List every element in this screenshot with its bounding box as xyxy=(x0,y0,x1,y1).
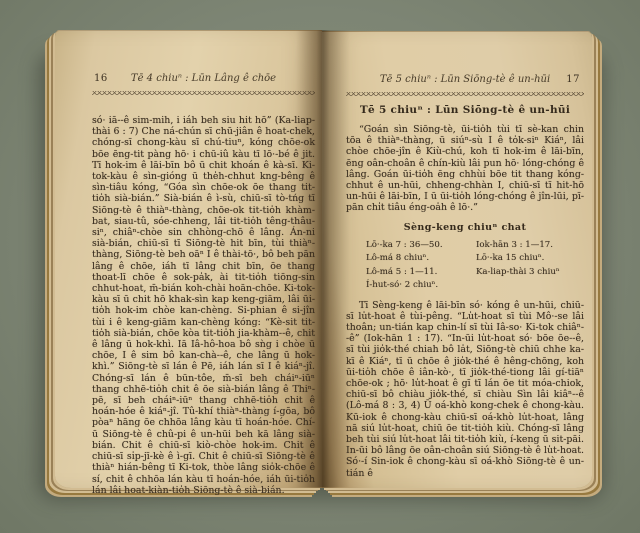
scripture-ref: Iok-hān 3 : 1—17. xyxy=(476,239,584,253)
running-header-left-text: Tē 4 chiuⁿ : Lūn Lâng ê chōe xyxy=(131,73,276,84)
left-page-body-text: só· iā--ê sim-mih, i iáh beh siu hit hō”… xyxy=(92,115,315,496)
right-page-body-paragraph: Tī Sèng-keng ê lāi-bīn só· kóng ê un-hūi… xyxy=(346,300,584,479)
header-rule-right xyxy=(346,92,584,96)
scripture-ref: Lō·-ka 7 : 36—50. xyxy=(366,239,476,253)
scripture-section-heading: Sèng-keng chiuⁿ chat xyxy=(346,222,584,234)
scripture-reference-list: Lō·-ka 7 : 36—50. Lô-má 8 chiuⁿ. Lô-má 5… xyxy=(346,239,584,293)
scripture-ref: Ka-liap-thài 3 chiuⁿ xyxy=(476,266,584,280)
running-header-right: Tē 5 chiuⁿ : Lūn Siōng-tè ê un-hūi 17 xyxy=(346,73,584,86)
running-header-left: 16 Tē 4 chiuⁿ : Lūn Lâng ê chōe xyxy=(92,72,315,85)
header-rule-left xyxy=(92,91,315,95)
page-left: 16 Tē 4 chiuⁿ : Lūn Lâng ê chōe só· iā--… xyxy=(55,30,322,488)
page-right: Tē 5 chiuⁿ : Lūn Siōng-tè ê un-hūi 17 Tē… xyxy=(322,31,592,488)
scripture-refs-column-2: Iok-hān 3 : 1—17. Lō·-ka 15 chiuⁿ. Ka-li… xyxy=(476,239,584,293)
open-book-photo: 16 Tē 4 chiuⁿ : Lūn Lâng ê chōe só· iā--… xyxy=(0,0,640,533)
scripture-ref: Lō·-ka 15 chiuⁿ. xyxy=(476,252,584,266)
scripture-ref: Lô-má 5 : 1—11. xyxy=(366,266,476,280)
chapter-opening-paragraph: “Goán sìn Siōng-tè, ūi-tio̍h tùi tī sè-k… xyxy=(346,124,584,214)
scripture-ref: Í-hut-só· 2 chiuⁿ. xyxy=(366,279,476,293)
scripture-refs-column-1: Lō·-ka 7 : 36—50. Lô-má 8 chiuⁿ. Lô-má 5… xyxy=(366,239,476,293)
scripture-ref: Lô-má 8 chiuⁿ. xyxy=(366,252,476,266)
page-number-right: 17 xyxy=(566,73,580,86)
page-left-content: 16 Tē 4 chiuⁿ : Lūn Lâng ê chōe só· iā--… xyxy=(55,31,322,496)
page-number-left: 16 xyxy=(94,72,108,85)
running-header-right-text: Tē 5 chiuⁿ : Lūn Siōng-tè ê un-hūi xyxy=(380,74,550,85)
chapter-title: Tē 5 chiuⁿ : Lūn Siōng-tè ê un-hūi xyxy=(346,104,584,117)
page-right-content: Tē 5 chiuⁿ : Lūn Siōng-tè ê un-hūi 17 Tē… xyxy=(322,32,592,479)
